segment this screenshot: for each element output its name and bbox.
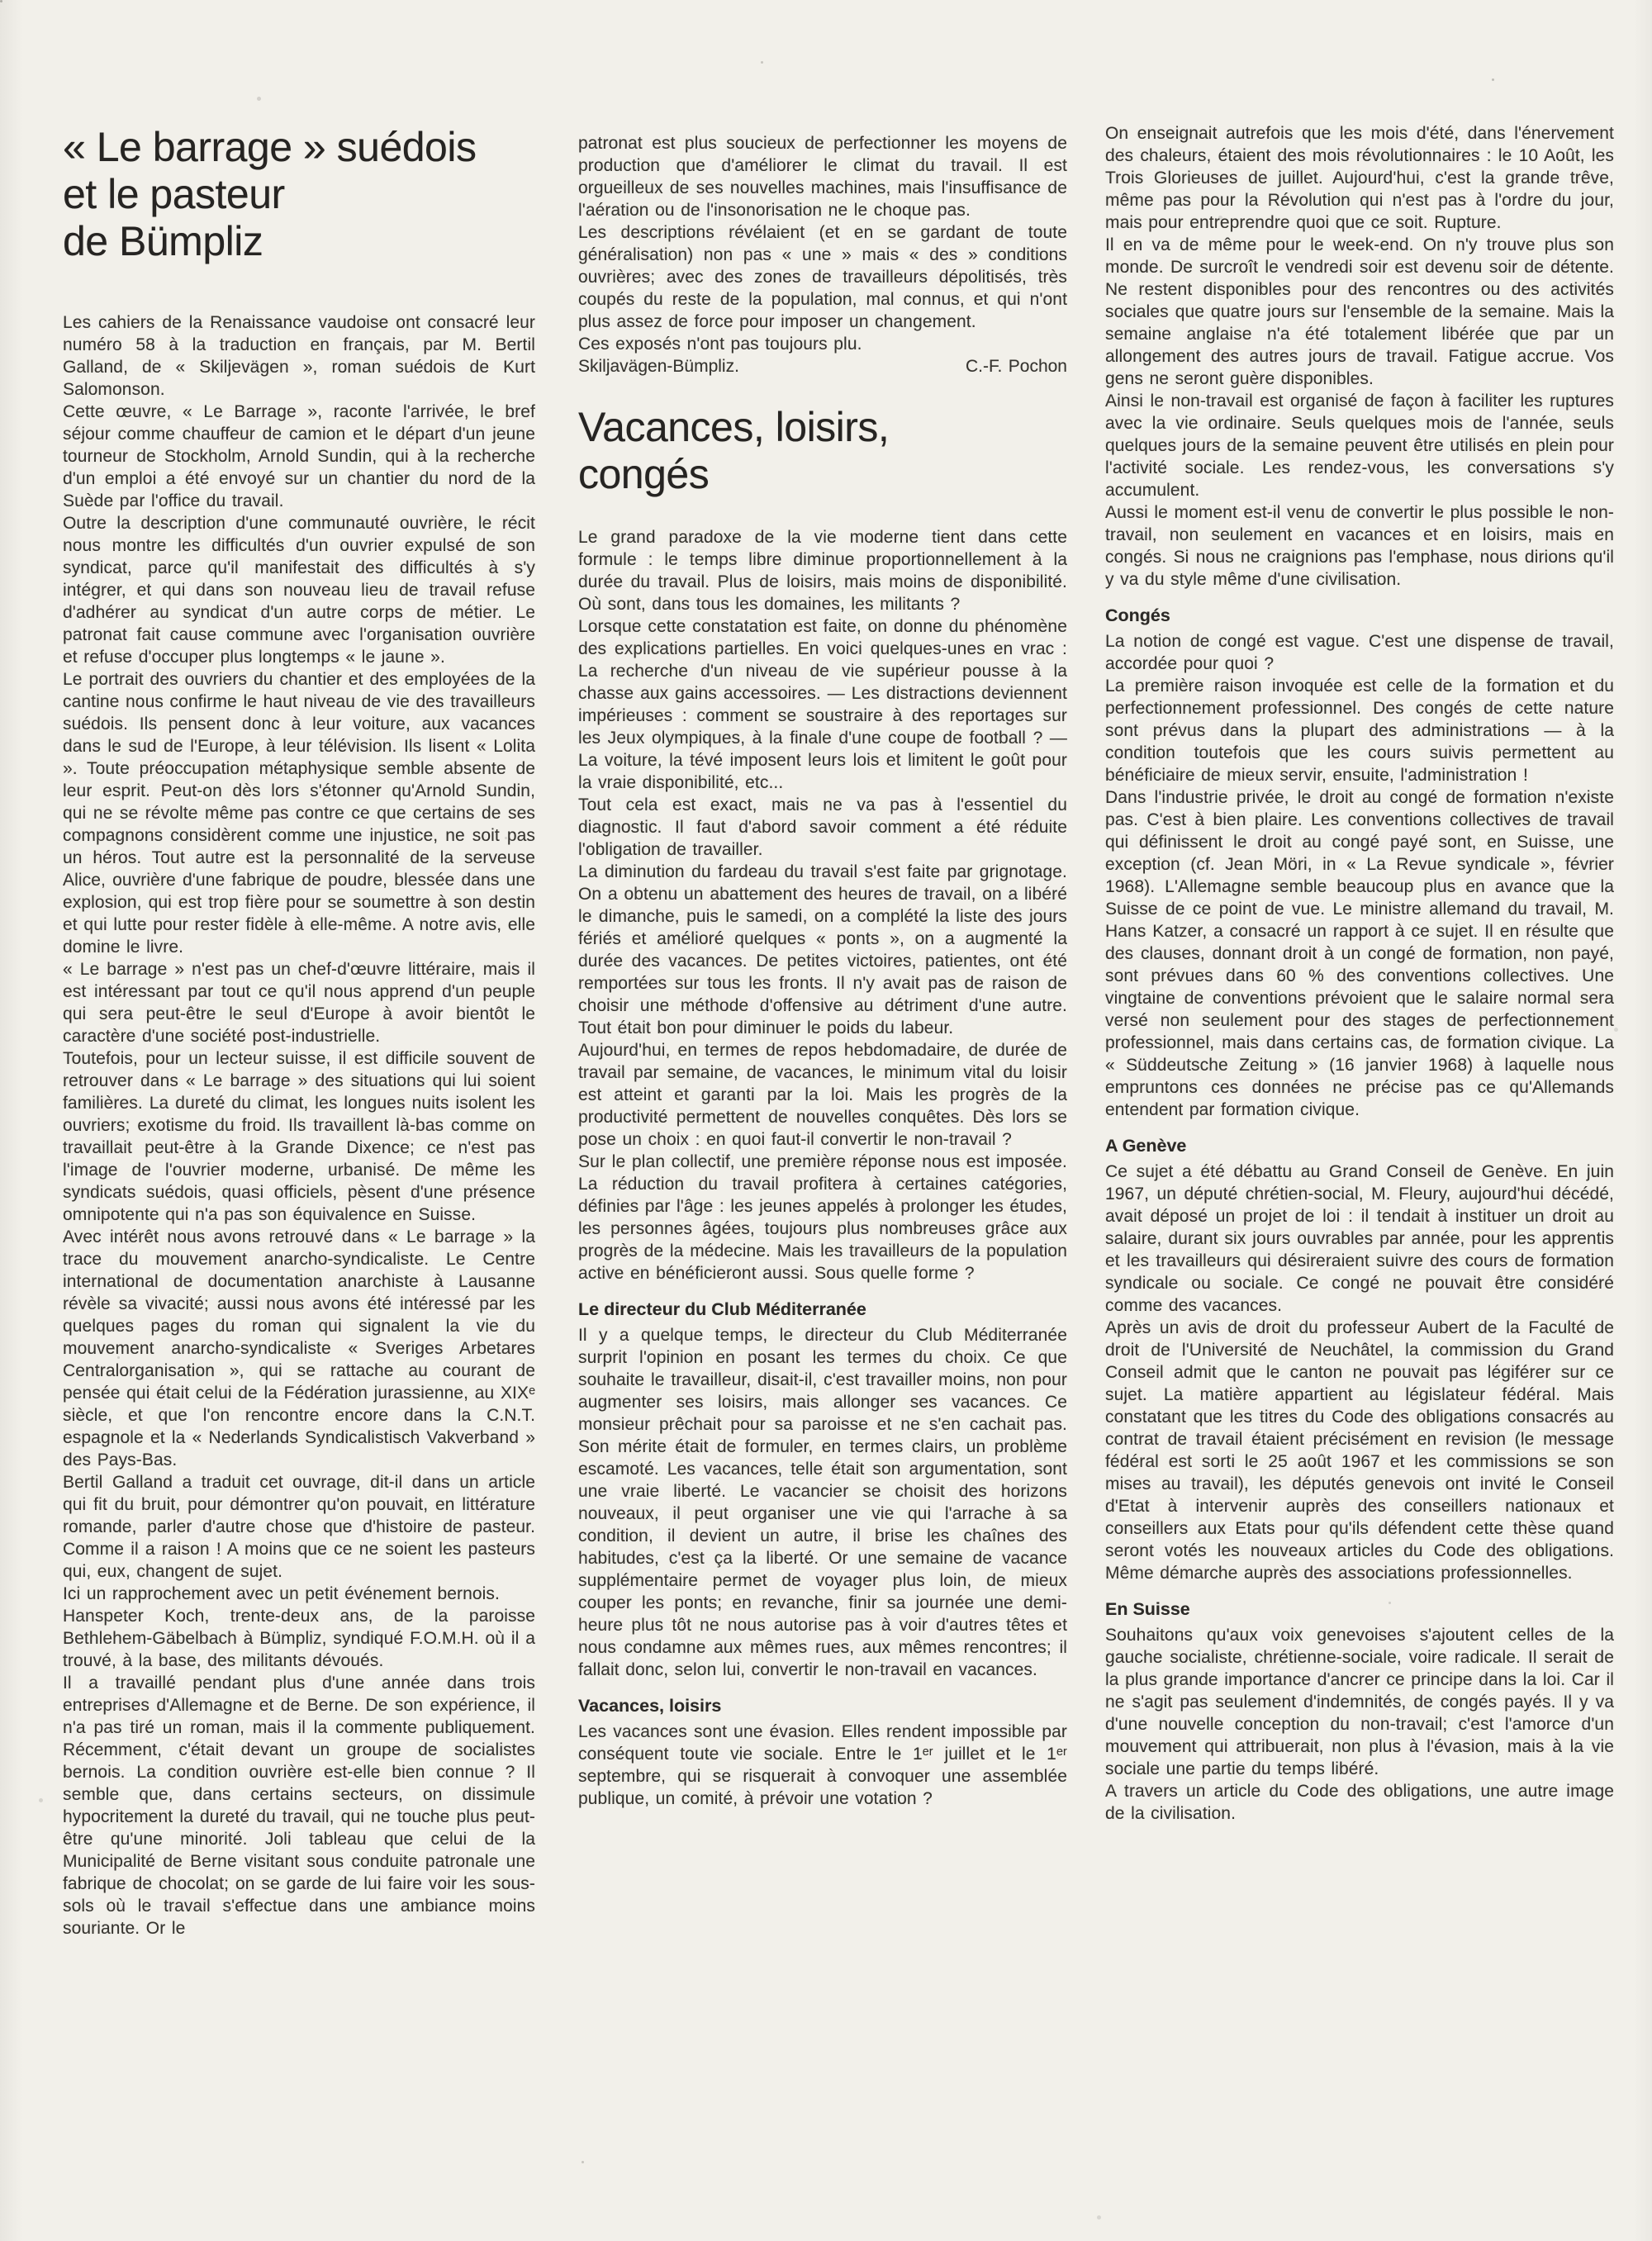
paragraph: Toutefois, pour un lecteur suisse, il es…	[63, 1047, 535, 1226]
article1-signoff: Skiljavägen-Bümpliz. C.-F. Pochon	[578, 355, 1067, 377]
article2-intro-text: Le grand paradoxe de la vie moderne tien…	[578, 526, 1067, 1284]
article1-headline: « Le barrage » suédois et le pasteur de …	[63, 124, 535, 265]
section-text-vacances-loisirs: Les vacances sont une évasion. Elles ren…	[578, 1721, 1067, 1810]
section-text-en-suisse: Souhaitons qu'aux voix genevoises s'ajou…	[1105, 1624, 1614, 1825]
paragraph: Les vacances sont une évasion. Elles ren…	[578, 1721, 1067, 1810]
paragraph: Souhaitons qu'aux voix genevoises s'ajou…	[1105, 1624, 1614, 1780]
paragraph: Les descriptions révélaient (et en se ga…	[578, 221, 1067, 333]
paragraph: Lorsque cette constatation est faite, on…	[578, 615, 1067, 794]
paragraph: Les cahiers de la Renaissance vaudoise o…	[63, 311, 535, 401]
column-3: On enseignait autrefois que les mois d'é…	[1105, 122, 1614, 1825]
paragraph: La notion de congé est vague. C'est une …	[1105, 630, 1614, 675]
paragraph: Le portrait des ouvriers du chantier et …	[63, 668, 535, 958]
section-heading-en-suisse: En Suisse	[1105, 1598, 1614, 1621]
paragraph: Ainsi le non-travail est organisé de faç…	[1105, 390, 1614, 501]
paragraph: Ici un rapprochement avec un petit événe…	[63, 1583, 535, 1605]
paragraph: Avec intérêt nous avons retrouvé dans « …	[63, 1226, 535, 1471]
article1-signoff-author: C.-F. Pochon	[966, 355, 1067, 377]
paragraph: Il y a quelque temps, le directeur du Cl…	[578, 1324, 1067, 1681]
article2-col3-text: On enseignait autrefois que les mois d'é…	[1105, 122, 1614, 591]
paragraph: Aussi le moment est-il venu de convertir…	[1105, 501, 1614, 591]
paragraph: A travers un article du Code des obligat…	[1105, 1780, 1614, 1825]
paragraph: Outre la description d'une communauté ou…	[63, 512, 535, 668]
article1-signoff-place: Skiljavägen-Bümpliz.	[578, 355, 739, 377]
section-heading-club-mediterranee: Le directeur du Club Méditerranée	[578, 1299, 1067, 1321]
section-heading-vacances-loisirs: Vacances, loisirs	[578, 1695, 1067, 1717]
paragraph: Hanspeter Koch, trente-deux ans, de la p…	[63, 1605, 535, 1672]
paragraph: Ces exposés n'ont pas toujours plu.	[578, 333, 1067, 355]
newspaper-page: « Le barrage » suédois et le pasteur de …	[0, 0, 1652, 2241]
paragraph: Tout cela est exact, mais ne va pas à l'…	[578, 794, 1067, 861]
paragraph: patronat est plus soucieux de perfection…	[578, 132, 1067, 221]
article1-col1-text: Les cahiers de la Renaissance vaudoise o…	[63, 311, 535, 1940]
paragraph: Cette œuvre, « Le Barrage », raconte l'a…	[63, 401, 535, 512]
section-text-conges: La notion de congé est vague. C'est une …	[1105, 630, 1614, 1121]
paragraph: La diminution du fardeau du travail s'es…	[578, 861, 1067, 1039]
scan-noise	[0, 0, 2, 2]
paragraph: Après un avis de droit du professeur Aub…	[1105, 1317, 1614, 1584]
paragraph: Dans l'industrie privée, le droit au con…	[1105, 786, 1614, 1121]
article1-col2-text: patronat est plus soucieux de perfection…	[578, 132, 1067, 355]
paragraph: Ce sujet a été débattu au Grand Conseil …	[1105, 1161, 1614, 1317]
section-heading-conges: Congés	[1105, 605, 1614, 627]
section-text-a-geneve: Ce sujet a été débattu au Grand Conseil …	[1105, 1161, 1614, 1584]
section-heading-a-geneve: A Genève	[1105, 1135, 1614, 1157]
paragraph: Bertil Galland a traduit cet ouvrage, di…	[63, 1471, 535, 1583]
paragraph: « Le barrage » n'est pas un chef-d'œuvre…	[63, 958, 535, 1047]
article2-headline: Vacances, loisirs, congés	[578, 404, 1067, 498]
paragraph: On enseignait autrefois que les mois d'é…	[1105, 122, 1614, 234]
column-1: « Le barrage » suédois et le pasteur de …	[63, 124, 535, 1940]
paragraph: Il en va de même pour le week-end. On n'…	[1105, 234, 1614, 390]
column-2: patronat est plus soucieux de perfection…	[578, 132, 1067, 1810]
paragraph: Il a travaillé pendant plus d'une année …	[63, 1672, 535, 1940]
paragraph: Sur le plan collectif, une première répo…	[578, 1151, 1067, 1284]
paragraph: Le grand paradoxe de la vie moderne tien…	[578, 526, 1067, 615]
paragraph: Aujourd'hui, en termes de repos hebdomad…	[578, 1039, 1067, 1151]
paragraph: La première raison invoquée est celle de…	[1105, 675, 1614, 786]
section-text-club-mediterranee: Il y a quelque temps, le directeur du Cl…	[578, 1324, 1067, 1681]
